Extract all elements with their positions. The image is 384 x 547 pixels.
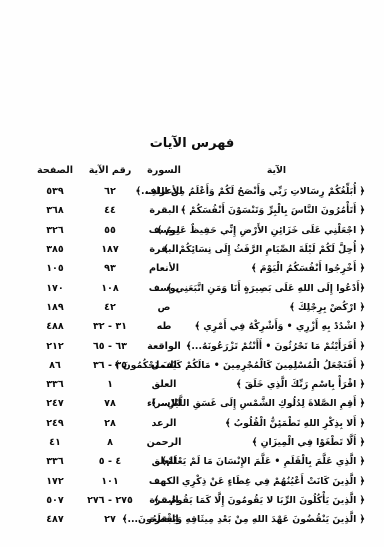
column-header-page-number: الصفحة [30,165,80,176]
table-row: ﴿ أَخْرِجُوا أَنْفُسَكُمُ الْيَوْمَ ﴾ ال… [30,259,365,278]
verse-index-table: الآية السورة رقم الآية الصفحة ﴿ أُبَلِّغ… [0,158,384,529]
page-number-value: ٢١٢ [30,341,80,352]
table-row: ﴿ أُبَلِّغُكُمْ رِسَالاتِ رَبِّي وَأَنْص… [30,182,365,201]
table-header-row: الآية السورة رقم الآية الصفحة [30,158,365,182]
verse-text: ﴿ اجْعَلْنِي عَلَى خَزَائِنِ الأَرْضِ إِ… [188,225,365,236]
table-row: ﴿ أَلَّا تَطْغَوْا فِي الْمِيزَانِ ﴾ الر… [30,433,365,452]
verse-text: ﴿ أُبَلِّغُكُمْ رِسَالاتِ رَبِّي وَأَنْص… [188,186,365,197]
page-number-value: ١٨٩ [30,302,80,313]
table-row: ﴿ الَّذِي عَلَّمَ بِالْقَلَمِ • عَلَّمَ … [30,452,365,471]
surah-name: الكهف [140,476,188,487]
column-header-surah: السورة [140,165,188,176]
verse-text: ﴿ الَّذِينَ كَانَتْ أَعْيُنُهُمْ فِي غِط… [188,476,365,487]
verse-number: ٤٤ [80,205,140,216]
surah-name: العلق [140,456,188,467]
verse-text: ﴿أَدْعُوا إِلَى اللهِ عَلَى بَصِيرَةٍ أَ… [188,283,365,294]
surah-name: يوسف [140,225,188,236]
surah-name: الرعد [140,418,188,429]
table-row: ﴿أَدْعُوا إِلَى اللهِ عَلَى بَصِيرَةٍ أَ… [30,278,365,297]
verse-text: ﴿ ارْكُضْ بِرِجْلِكَ ﴾ [188,302,365,313]
verse-number: ١ [80,379,140,390]
surah-name: العلق [140,379,188,390]
table-row: ﴿ أَتَأْمُرُونَ النَّاسَ بِالْبِرِّ وَتَ… [30,201,365,220]
surah-name: ص [140,302,188,313]
surah-name: البقرة [140,205,188,216]
verse-number: ٤٢ [80,302,140,313]
page-number-value: ٣٦٨ [30,205,80,216]
verse-text: ﴿ الَّذِينَ يَنْقُضُونَ عَهْدَ اللهِ مِن… [188,514,365,525]
column-header-verse-number: رقم الآية [80,165,140,176]
verse-text: ﴿ أُحِلَّ لَكُمْ لَيْلَةَ الصِّيَامِ الر… [188,244,365,255]
page-number-value: ٨٦ [30,360,80,371]
surah-name: البقرة [140,244,188,255]
table-row: ﴿ أَفَنَجْعَلُ الْمُسْلِمِينَ كَالْمُجْر… [30,356,365,375]
book-page: فهرس الآيات الآية السورة رقم الآية الصفح… [0,0,384,547]
page-number-value: ٤١ [30,437,80,448]
page-number-value: ١٧٠ [30,283,80,294]
verse-text: ﴿ أَتَأْمُرُونَ النَّاسَ بِالْبِرِّ وَتَ… [188,205,365,216]
verse-number: ٢٨ [80,418,140,429]
page-number-value: ١٧٢ [30,476,80,487]
table-row: ﴿ أَفَرَأَيْتُمْ مَا تَحْرُثُونَ • أَأَن… [30,336,365,355]
surah-name: البقرة [140,514,188,525]
verse-text: ﴿ أَقِمِ الصَّلاةَ لِدُلُوكِ الشَّمْسِ إ… [188,398,365,409]
page-number-value: ٣٣٦ [30,379,80,390]
verse-table-body: ﴿ أُبَلِّغُكُمْ رِسَالاتِ رَبِّي وَأَنْص… [30,182,365,529]
verse-number: ٧٨ [80,398,140,409]
page-title: فهرس الآيات [0,0,384,151]
page-number-value: ٣٣٦ [30,456,80,467]
surah-name: النمل [140,360,188,371]
table-row: ﴿ ارْكُضْ بِرِجْلِكَ ﴾ ص ٤٢ ١٨٩ [30,298,365,317]
verse-number: ٦٢ [80,186,140,197]
verse-text: ﴿ أَفَنَجْعَلُ الْمُسْلِمِينَ كَالْمُجْر… [188,360,365,371]
verse-text: ﴿ اقْرَأْ بِاسْمِ رَبِّكَ الَّذِي خَلَقَ… [188,379,365,390]
verse-number: ٣١ - ٣٢ [80,321,140,332]
page-number-value: ٤٨٧ [30,514,80,525]
verse-number: ١٠٨ [80,283,140,294]
table-row: ﴿ الَّذِينَ يَأْكُلُونَ الرِّبَا لا يَقُ… [30,491,365,510]
page-number-value: ٥٠٧ [30,495,80,506]
surah-name: الرحمن [140,437,188,448]
surah-name: يوسف [140,283,188,294]
page-number-value: ٤٨٨ [30,321,80,332]
verse-text: ﴿ أَلا بِذِكْرِ اللهِ تَطْمَئِنُّ الْقُل… [188,418,365,429]
verse-number: ١٨٧ [80,244,140,255]
surah-name: الواقعة [140,341,188,352]
verse-number: ٨ [80,437,140,448]
verse-number: ٤ - ٥ [80,456,140,467]
table-row: ﴿ الَّذِينَ كَانَتْ أَعْيُنُهُمْ فِي غِط… [30,471,365,490]
table-row: ﴿ اقْرَأْ بِاسْمِ رَبِّكَ الَّذِي خَلَقَ… [30,375,365,394]
table-row: ﴿ أَلا بِذِكْرِ اللهِ تَطْمَئِنُّ الْقُل… [30,414,365,433]
page-number-value: ٥٣٩ [30,186,80,197]
page-number-value: ٣٨٥ [30,244,80,255]
page-number-value: ١٠٥ [30,263,80,274]
verse-text: ﴿ أَخْرِجُوا أَنْفُسَكُمُ الْيَوْمَ ﴾ [188,263,365,274]
surah-name: البقرة [140,495,188,506]
page-number-value: ٣٢٦ [30,225,80,236]
verse-number: ٢٧ [80,514,140,525]
verse-number: ١٠١ [80,476,140,487]
verse-number: ٣٥ - ٣٦ [80,360,140,371]
table-row: ﴿ اشْدُدْ بِهِ أَزْرِي • وَأَشْرِكْهُ فِ… [30,317,365,336]
table-row: ﴿ أَقِمِ الصَّلاةَ لِدُلُوكِ الشَّمْسِ إ… [30,394,365,413]
verse-number: ٢٧٥ - ٢٧٦ [80,495,140,506]
table-row: ﴿ الَّذِينَ يَنْقُضُونَ عَهْدَ اللهِ مِن… [30,510,365,529]
surah-name: الأعراف [140,186,188,197]
verse-number: ٩٣ [80,263,140,274]
column-header-verse: الآية [188,165,365,176]
verse-text: ﴿ الَّذِي عَلَّمَ بِالْقَلَمِ • عَلَّمَ … [188,456,365,467]
verse-text: ﴿ أَلَّا تَطْغَوْا فِي الْمِيزَانِ ﴾ [188,437,365,448]
table-row: ﴿ أُحِلَّ لَكُمْ لَيْلَةَ الصِّيَامِ الر… [30,240,365,259]
table-row: ﴿ اجْعَلْنِي عَلَى خَزَائِنِ الأَرْضِ إِ… [30,221,365,240]
verse-text: ﴿ اشْدُدْ بِهِ أَزْرِي • وَأَشْرِكْهُ فِ… [188,321,365,332]
surah-name: الإسراء [140,398,188,409]
verse-text: ﴿ الَّذِينَ يَأْكُلُونَ الرِّبَا لا يَقُ… [188,495,365,506]
page-number-value: ٢٤٧ [30,398,80,409]
surah-name: طه [140,321,188,332]
verse-text: ﴿ أَفَرَأَيْتُمْ مَا تَحْرُثُونَ • أَأَن… [188,341,365,352]
page-number-value: ٢٤٩ [30,418,80,429]
verse-number: ٥٥ [80,225,140,236]
surah-name: الأنعام [140,263,188,274]
verse-number: ٦٣ - ٦٥ [80,341,140,352]
